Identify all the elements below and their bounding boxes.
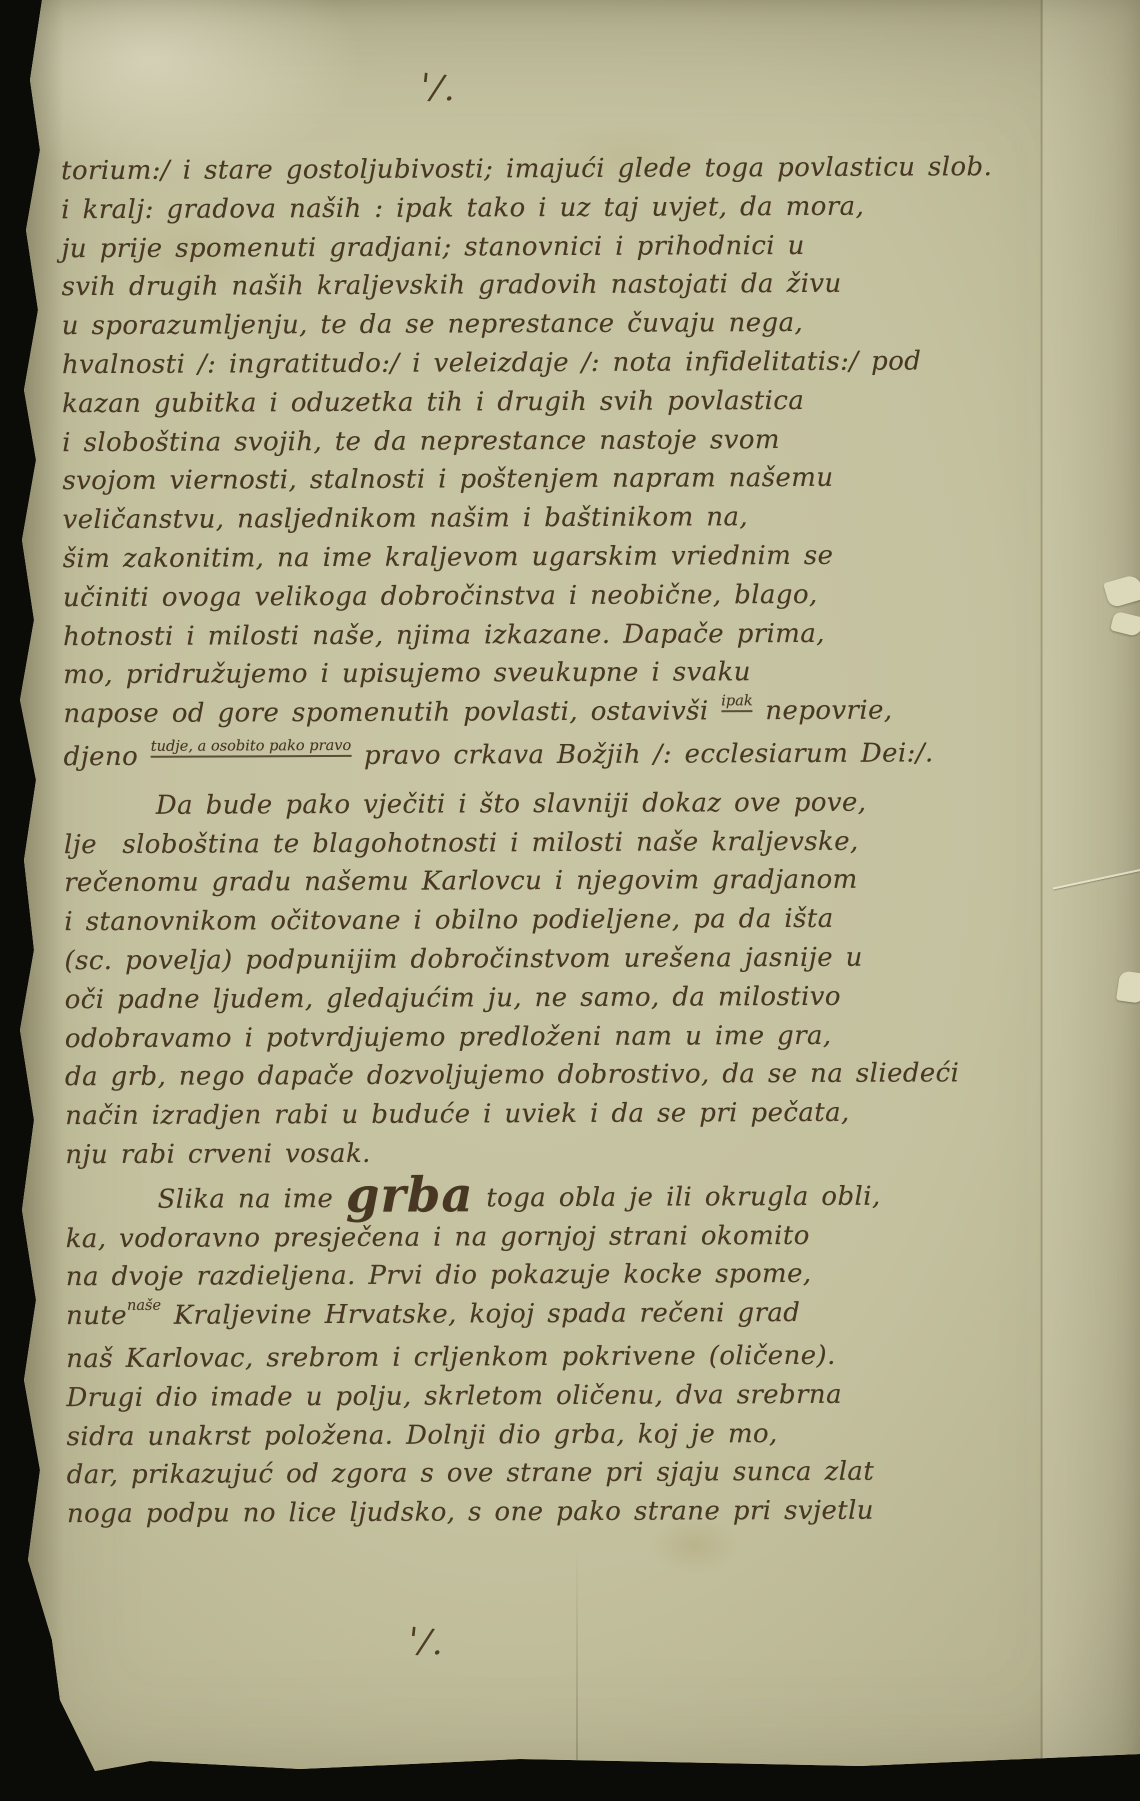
- paragraph: Da bude pako vječiti i što slavniji doka…: [64, 783, 1066, 1175]
- emphasized-word: grba: [346, 1167, 474, 1224]
- text-segment: Drugi dio imade u polju, skrletom oličen…: [66, 1379, 842, 1412]
- text-line: svojom viernosti, stalnosti i poštenjem …: [62, 458, 1062, 501]
- text-segment: veličanstvu, nasljednikom našim i baštin…: [63, 502, 749, 535]
- text-line: napose od gore spomenutih povlasti, osta…: [63, 691, 1063, 738]
- text-line: način izradjen rabi u buduće i uviek i d…: [65, 1093, 1065, 1136]
- paper-tear: [1116, 970, 1140, 1003]
- text-line: kazan gubitka i oduzetka tih i drugih sv…: [62, 381, 1062, 424]
- text-line: torium:/ i stare gostoljubivosti; imajuć…: [61, 148, 1061, 191]
- text-line: naš Karlovac, srebrom i crljenkom pokriv…: [66, 1336, 1066, 1379]
- text-segment: i kralj: gradova naših : ipak tako i uz …: [61, 191, 864, 225]
- page-mark-top: '/.: [418, 66, 460, 110]
- text-segment: način izradjen rabi u buduće i uviek i d…: [65, 1098, 850, 1131]
- text-segment: i sloboština svojih, te da neprestance n…: [62, 425, 780, 458]
- text-segment: dar, prikazujuć od zgora s ove strane pr…: [67, 1457, 875, 1491]
- text-line: Slika na ime grba toga obla je ili okrug…: [65, 1177, 1065, 1220]
- text-segment: u sporazumljenju, te da se neprestance č…: [62, 308, 803, 341]
- text-line: mo, pridružujemo i upisujemo sveukupne i…: [63, 652, 1063, 695]
- page-mark-bottom: '/.: [406, 1620, 448, 1664]
- text-line: rečenomu gradu našemu Karlovcu i njegovi…: [64, 860, 1064, 903]
- text-line: na dvoje razdieljena. Prvi dio pokazuje …: [66, 1254, 1066, 1297]
- text-segment: da grb, nego dapače dozvoljujemo dobrost…: [65, 1059, 959, 1093]
- text-line: Da bude pako vječiti i što slavniji doka…: [64, 783, 1064, 826]
- text-segment: i stanovnikom očitovane i obilno podielj…: [64, 904, 833, 937]
- text-line: nutenaše Kraljevine Hrvatske, kojoj spad…: [66, 1293, 1066, 1340]
- text-segment: naš Karlovac, srebrom i crljenkom pokriv…: [66, 1341, 836, 1374]
- text-line: djeno tudje, a osobito pako pravo pravo …: [64, 734, 1064, 781]
- text-line: odobravamo i potvrdjujemo predloženi nam…: [65, 1015, 1065, 1058]
- text-segment: Da bude pako vječiti i što slavniji doka…: [156, 787, 867, 820]
- text-segment: rečenomu gradu našemu Karlovcu i njegovi…: [64, 865, 858, 898]
- text-line: učiniti ovoga velikoga dobročinstva i ne…: [63, 575, 1063, 618]
- text-segment: pravo crkava Božjih /: ecclesiarum Dei:/…: [351, 738, 934, 771]
- text-segment: djeno: [64, 742, 151, 772]
- text-line: i kralj: gradova naših : ipak tako i uz …: [61, 187, 1061, 230]
- text-line: ka, vodoravno presječena i na gornjoj st…: [66, 1215, 1066, 1258]
- text-segment: napose od gore spomenutih povlasti, osta…: [63, 696, 721, 729]
- inserted-word: ipak: [721, 693, 753, 713]
- text-line: i stanovnikom očitovane i obilno podielj…: [64, 899, 1064, 942]
- text-line: lje sloboština te blagohotnosti i milost…: [64, 821, 1064, 864]
- text-line: u sporazumljenju, te da se neprestance č…: [62, 303, 1062, 346]
- text-segment: torium:/ i stare gostoljubivosti; imajuć…: [61, 152, 992, 186]
- text-line: veličanstvu, nasljednikom našim i baštin…: [63, 497, 1063, 540]
- text-segment: ka, vodoravno presječena i na gornjoj st…: [66, 1220, 810, 1253]
- text-segment: kazan gubitka i oduzetka tih i drugih sv…: [62, 386, 804, 419]
- text-line: sidra unakrst položena. Dolnji dio grba,…: [67, 1413, 1067, 1456]
- text-segment: na dvoje razdieljena. Prvi dio pokazuje …: [66, 1259, 812, 1292]
- text-line: hvalnosti /: ingratitudo:/ i veleizdaje …: [62, 342, 1062, 385]
- paragraph: Slika na ime grba toga obla je ili okrug…: [65, 1177, 1067, 1535]
- text-line: i sloboština svojih, te da neprestance n…: [62, 419, 1062, 462]
- fold-crease-bottom: [576, 1545, 578, 1801]
- text-line: da grb, nego dapače dozvoljujemo dobrost…: [65, 1054, 1065, 1097]
- text-line: (sc. povelja) podpunijim dobročinstvom u…: [64, 938, 1064, 981]
- text-segment: oči padne ljudem, gledajućim ju, ne samo…: [65, 982, 841, 1015]
- handwritten-text: torium:/ i stare gostoljubivosti; imajuć…: [61, 148, 1067, 1534]
- text-segment: sidra unakrst položena. Dolnji dio grba,…: [67, 1419, 778, 1452]
- manuscript-paper: '/. torium:/ i stare gostoljubivosti; im…: [0, 0, 1140, 1801]
- text-segment: učiniti ovoga velikoga dobročinstva i ne…: [63, 580, 818, 613]
- inserted-word: naše: [127, 1297, 161, 1314]
- text-line: nju rabi crveni vosak.: [65, 1132, 1065, 1175]
- text-segment: odobravamo i potvrdjujemo predloženi nam…: [65, 1020, 832, 1053]
- text-segment: toga obla je ili okrugla obli,: [474, 1181, 881, 1213]
- paper-left-edge-shadow: [18, 0, 64, 1801]
- text-segment: Kraljevine Hrvatske, kojoj spada rečeni …: [161, 1298, 800, 1331]
- text-segment: lje sloboština te blagohotnosti i milost…: [64, 826, 859, 859]
- text-line: hotnosti i milosti naše, njima izkazane.…: [63, 613, 1063, 656]
- text-line: svih drugih naših kraljevskih gradovih n…: [61, 264, 1061, 307]
- text-line: noga podpu no lice ljudsko, s one pako s…: [67, 1491, 1067, 1534]
- text-segment: nju rabi crveni vosak.: [65, 1139, 371, 1170]
- text-segment: mo, pridružujemo i upisujemo sveukupne i…: [63, 658, 751, 691]
- text-segment: ju prije spomenuti gradjani; stanovnici …: [61, 231, 804, 264]
- paragraph: torium:/ i stare gostoljubivosti; imajuć…: [61, 148, 1064, 781]
- text-segment: svojom viernosti, stalnosti i poštenjem …: [62, 463, 833, 496]
- text-line: šim zakonitim, na ime kraljevom ugarskim…: [63, 536, 1063, 579]
- text-segment: nute: [66, 1301, 127, 1331]
- text-segment: noga podpu no lice ljudsko, s one pako s…: [67, 1496, 874, 1530]
- text-line: Drugi dio imade u polju, skrletom oličen…: [66, 1375, 1066, 1418]
- text-segment: svih drugih naših kraljevskih gradovih n…: [62, 269, 842, 302]
- text-segment: hotnosti i milosti naše, njima izkazane.…: [63, 618, 825, 651]
- text-segment: hvalnosti /: ingratitudo:/ i veleizdaje …: [62, 346, 921, 380]
- text-line: ju prije spomenuti gradjani; stanovnici …: [61, 225, 1061, 268]
- scan-background: '/. torium:/ i stare gostoljubivosti; im…: [0, 0, 1140, 1801]
- text-line: oči padne ljudem, gledajućim ju, ne samo…: [65, 977, 1065, 1020]
- text-segment: šim zakonitim, na ime kraljevom ugarskim…: [63, 541, 834, 574]
- text-segment: Slika na ime: [157, 1184, 345, 1215]
- text-line: dar, prikazujuć od zgora s ove strane pr…: [67, 1452, 1067, 1495]
- text-segment: (sc. povelja) podpunijim dobročinstvom u…: [64, 943, 862, 976]
- inserted-word: tudje, a osobito pako pravo: [151, 737, 352, 758]
- text-segment: nepovrie,: [753, 696, 893, 727]
